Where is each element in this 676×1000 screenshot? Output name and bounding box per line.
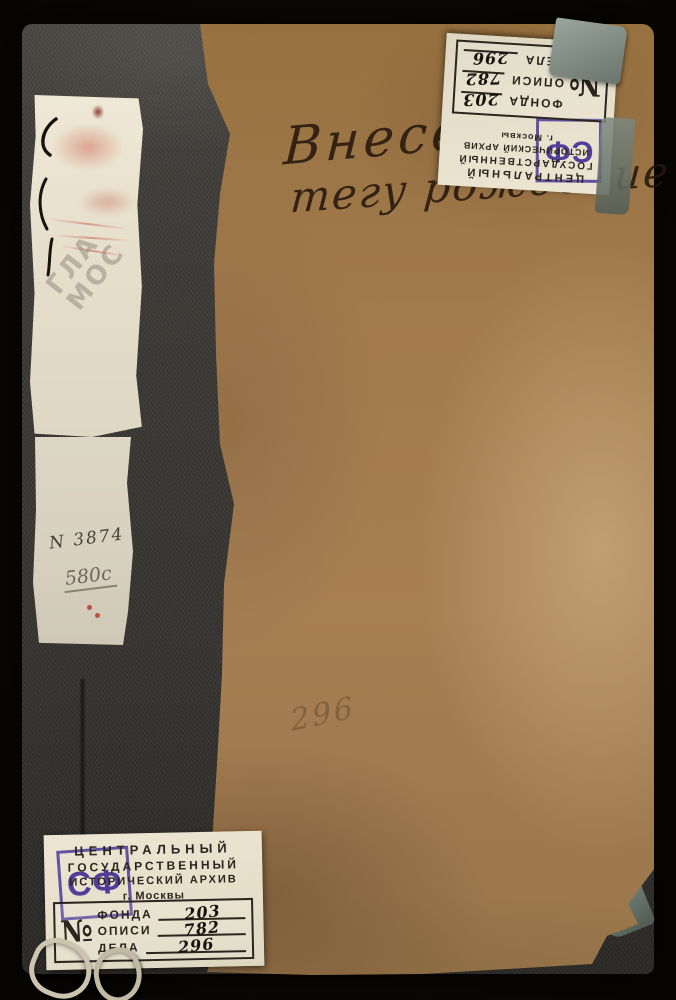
archive-stamp-text: ЦЕНТРАЛЬНЫЙ ГОСУДАРСТВЕННЫЙ ИСТОРИЧЕСКИЙ… <box>44 839 263 907</box>
red-speck <box>95 613 100 618</box>
table-row: ФОНДА 203 <box>460 91 563 112</box>
row-underline: 203 <box>460 91 501 108</box>
archive-stamp-text: ЦЕНТРАЛЬНЫЙ ГОСУДАРСТВЕННЫЙ ИСТОРИЧЕСКИЙ… <box>438 126 613 187</box>
spine-label-upper: ГЛА МОС <box>30 95 143 437</box>
row-underline: 296 <box>463 49 518 67</box>
table-row: ОПИСИ 782 <box>462 70 565 91</box>
table-row: ФОНДА 203 <box>97 904 245 922</box>
spine-shelf-code: 580с <box>62 562 118 593</box>
row-label: ФОНДА <box>97 907 153 922</box>
red-speck <box>87 605 92 610</box>
tape-fragment <box>548 17 627 84</box>
handwritten-value: 296 <box>177 937 215 954</box>
red-ink-smudge <box>78 187 136 217</box>
row-underline: 296 <box>145 937 246 954</box>
handwritten-value: 203 <box>463 93 500 107</box>
row-label: ОПИСИ <box>97 924 151 939</box>
row-label: ФОНДА <box>507 94 563 111</box>
red-ink-dot <box>92 105 104 119</box>
spine-label-lower: N 3874 580с <box>33 437 133 645</box>
spine-inventory-number: N 3874 <box>48 524 125 553</box>
table-row: ОПИСИ 782 <box>97 921 245 939</box>
handwritten-value: 296 <box>472 51 509 65</box>
handwritten-value: 782 <box>465 72 502 86</box>
photo-background: ГЛА МОС N 3874 580с Внесено тегу рождени… <box>0 0 676 1000</box>
row-underline: 782 <box>462 70 505 88</box>
tape-fragment <box>595 117 636 215</box>
